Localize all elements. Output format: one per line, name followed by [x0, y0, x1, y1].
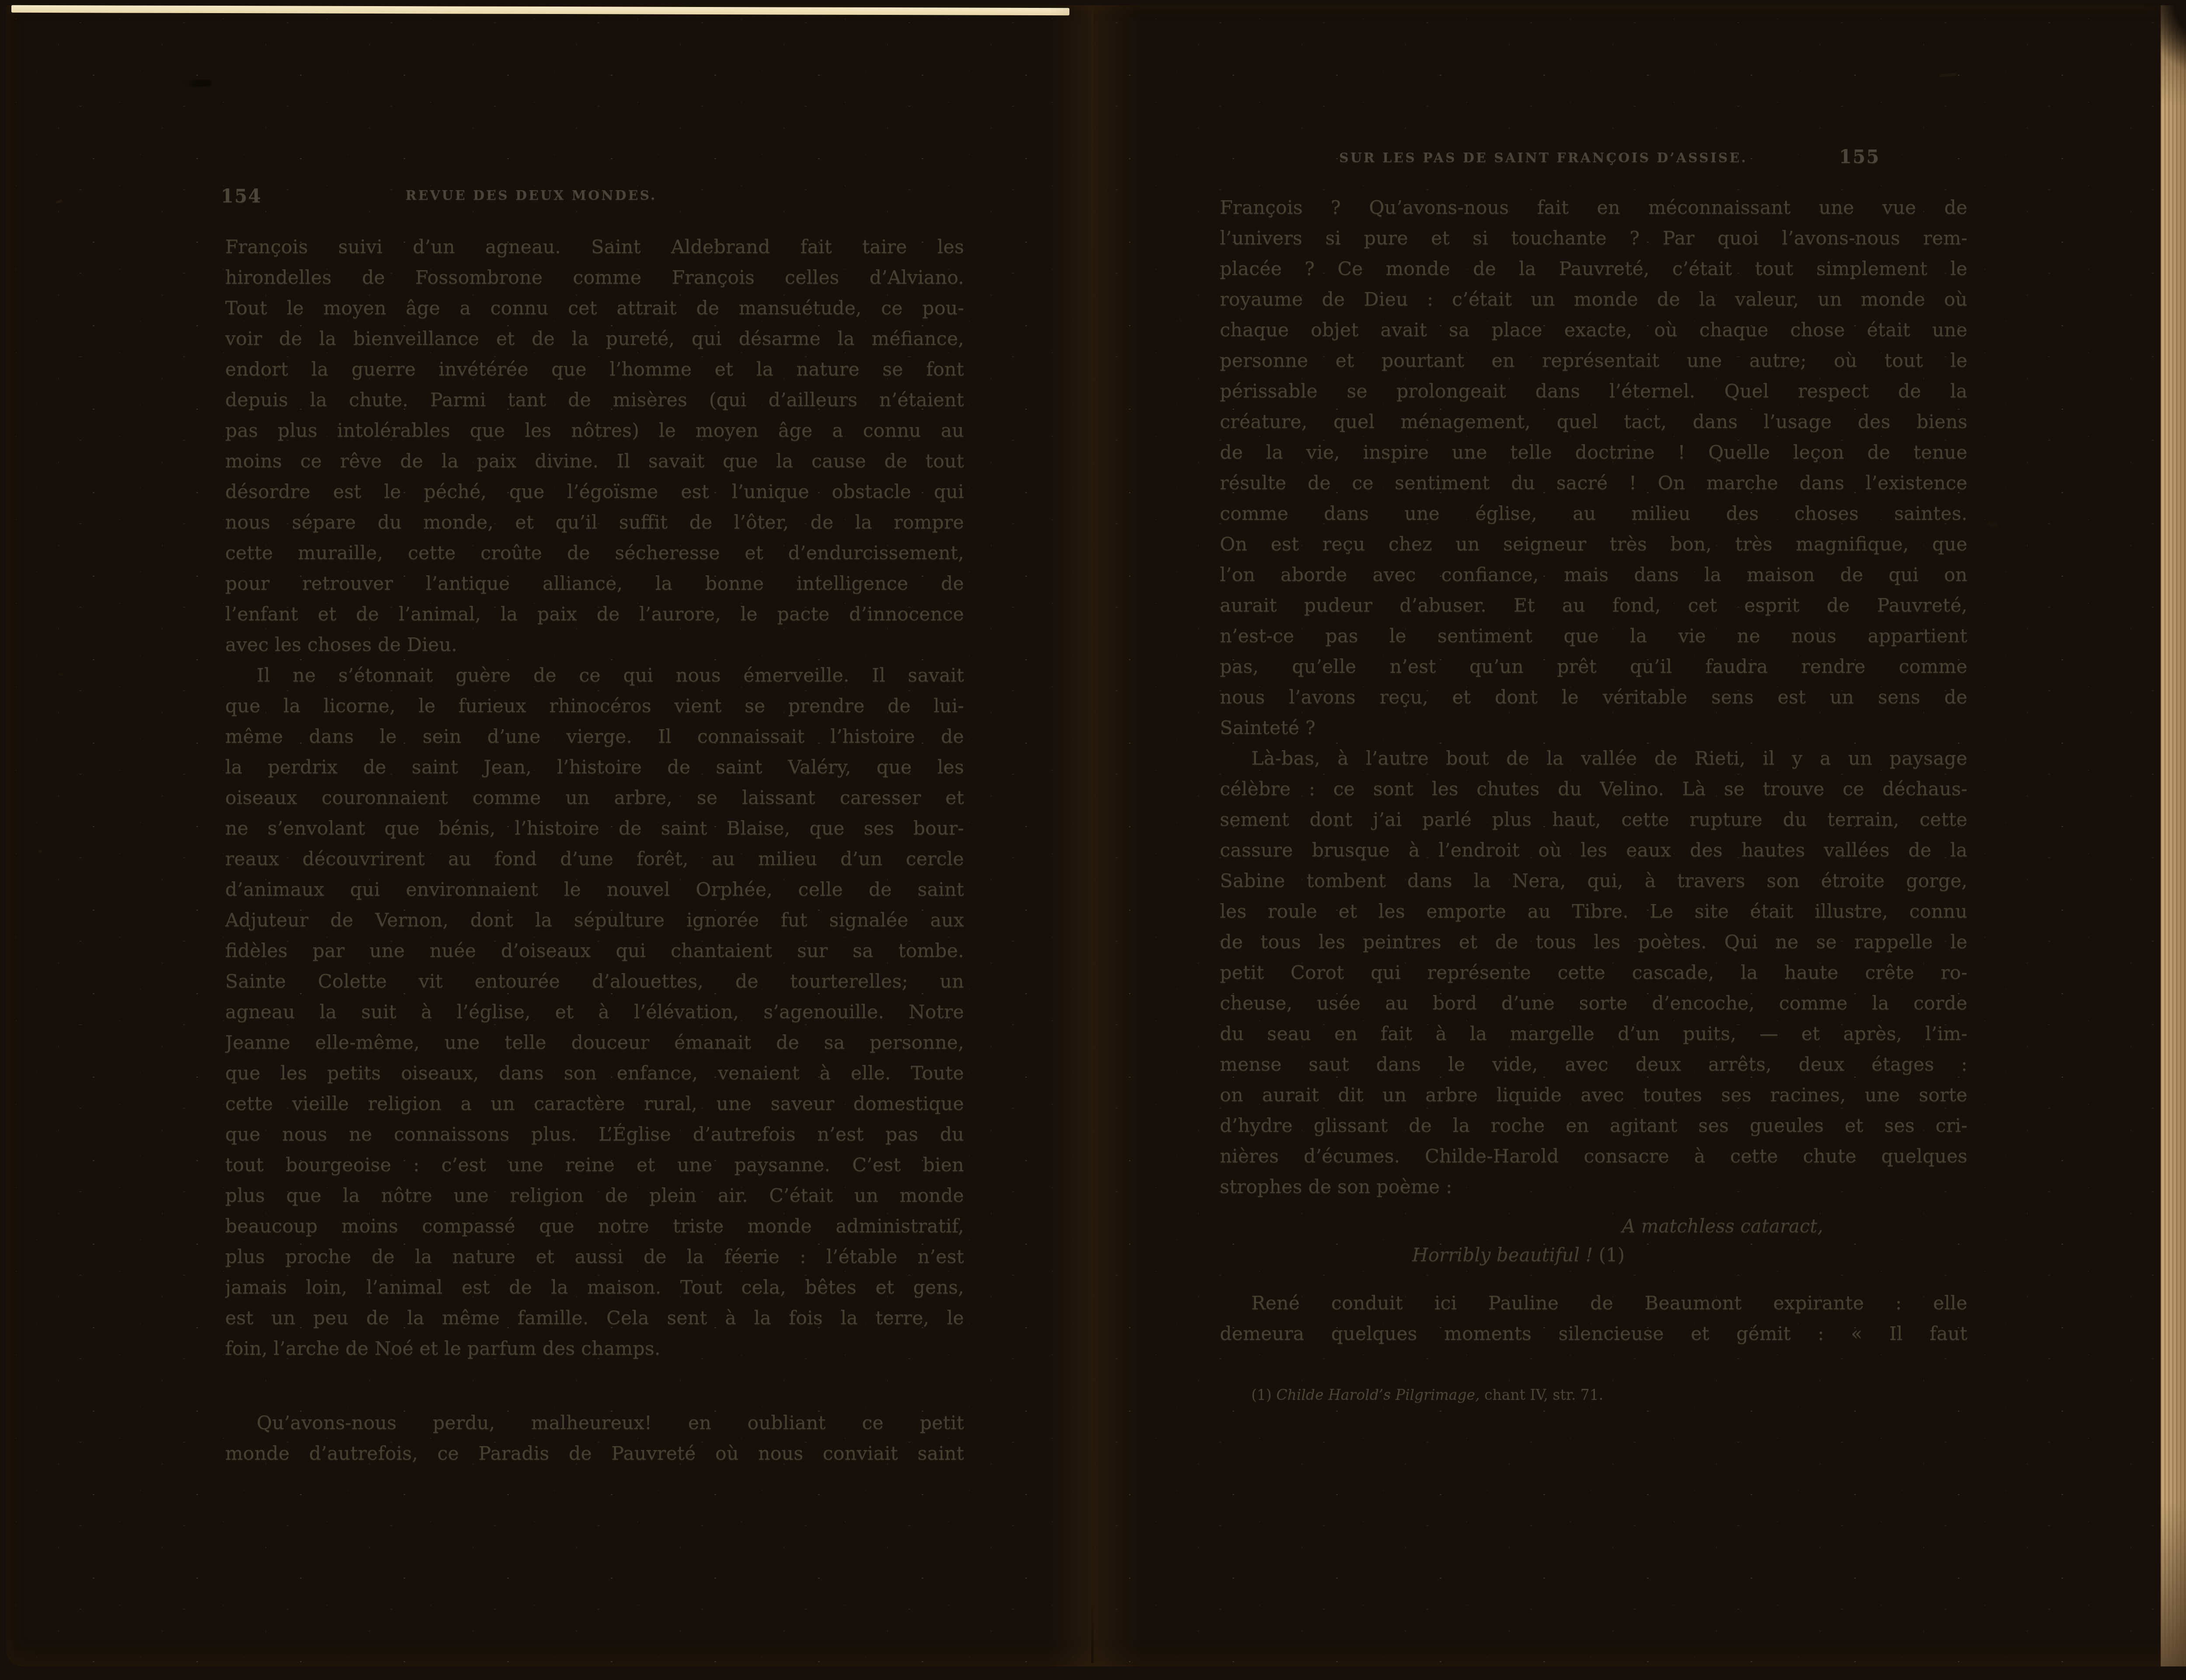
text-line: Sainteté ? — [1220, 713, 1967, 743]
text-line: cette vieille religion a un caractère ru… — [225, 1089, 964, 1119]
text-line: que nous ne connaissons plus. L’Église d… — [225, 1119, 964, 1150]
text-line: l’on aborde avec confiance, mais dans la… — [1220, 560, 1967, 590]
text-line: de la vie, inspire une telle doctrine ! … — [1220, 437, 1967, 468]
quote-line: Horribly beautiful ! (1) — [1220, 1241, 1967, 1270]
running-header-left: REVUE DES DEUX MONDES. — [225, 188, 837, 203]
paragraph: Qu’avons-nous perdu, malheureux! en oubl… — [225, 1408, 964, 1469]
text-line: créature, quel ménagement, quel tact, da… — [1220, 407, 1967, 437]
footnote-reference: chant IV, str. 71. — [1480, 1386, 1604, 1403]
text-line: aurait pudeur d’abuser. Et au fond, cet … — [1220, 590, 1967, 621]
text-line: depuis la chute. Parmi tant de misères (… — [225, 385, 964, 415]
text-line: comme dans une église, au milieu des cho… — [1220, 498, 1967, 529]
text-line: moins ce rêve de la paix divine. Il sava… — [225, 446, 964, 477]
text-line: l’enfant et de l’animal, la paix de l’au… — [225, 599, 964, 630]
text-line: Là-bas, à l’autre bout de la vallée de R… — [1220, 743, 1967, 774]
text-line: René conduit ici Pauline de Beaumont exp… — [1220, 1288, 1967, 1318]
text-line: Sabine tombent dans la Nera, qui, à trav… — [1220, 866, 1967, 896]
text-line: tout bourgeoise : c’est une reine et une… — [225, 1150, 964, 1180]
footnote-marker: (1) — [1593, 1244, 1625, 1266]
page-number-right: 155 — [1814, 146, 1880, 167]
text-line: nous l’avons reçu, et dont le véritable … — [1220, 682, 1967, 713]
text-line: placée ? Ce monde de la Pauvreté, c’étai… — [1220, 254, 1967, 284]
right-last-paragraph: René conduit ici Pauline de Beaumont exp… — [1220, 1288, 1967, 1349]
text-line: oiseaux couronnaient comme un arbre, se … — [225, 783, 964, 813]
text-line: jamais loin, l’animal est de la maison. … — [225, 1272, 964, 1303]
text-line: On est reçu chez un seigneur très bon, t… — [1220, 529, 1967, 560]
text-line: plus que la nôtre une religion de plein … — [225, 1180, 964, 1211]
right-text-block: François ? Qu’avons-nous fait en méconna… — [1220, 192, 1967, 1202]
paragraph: Il ne s’étonnait guère de ce qui nous ém… — [225, 660, 964, 1364]
paragraph: François suivi d’un agneau. Saint Aldebr… — [225, 232, 964, 660]
text-line: avec les choses de Dieu. — [225, 630, 964, 660]
text-line: demeura quelques moments silencieuse et … — [1220, 1318, 1967, 1349]
paragraph: Là-bas, à l’autre bout de la vallée de R… — [1220, 743, 1967, 1202]
text-line: que les petits oiseaux, dans son enfance… — [225, 1058, 964, 1089]
text-line: personne et pourtant en représentait une… — [1220, 345, 1967, 376]
text-line: désordre est le péché, que l’égoïsme est… — [225, 477, 964, 507]
text-line: même dans le sein d’une vierge. Il conna… — [225, 721, 964, 752]
text-line: royaume de Dieu : c’était un monde de la… — [1220, 284, 1967, 315]
text-line: pas, qu’elle n’est qu’un prêt qu’il faud… — [1220, 651, 1967, 682]
text-line: la perdrix de saint Jean, l’histoire de … — [225, 752, 964, 783]
text-line: mense saut dans le vide, avec deux arrêt… — [1220, 1049, 1967, 1080]
text-line: de tous les peintres et de tous les poèt… — [1220, 927, 1967, 957]
text-line: ne s’envolant que bénis, l’histoire de s… — [225, 813, 964, 844]
text-line: célèbre : ce sont les chutes du Velino. … — [1220, 774, 1967, 804]
text-line: Il ne s’étonnait guère de ce qui nous ém… — [225, 660, 964, 691]
text-line: hirondelles de Fossombrone comme Françoi… — [225, 262, 964, 293]
paper-speck — [38, 850, 42, 853]
text-line: chaque objet avait sa place exacte, où c… — [1220, 315, 1967, 345]
quote-text: Horribly beautiful ! — [1412, 1244, 1593, 1266]
text-line: endort la guerre invétérée que l’homme e… — [225, 354, 964, 385]
text-line: l’univers si pure et si touchante ? Par … — [1220, 223, 1967, 254]
text-line: périssable se prolongeait dans l’éternel… — [1220, 376, 1967, 407]
paragraph: François ? Qu’avons-nous fait en méconna… — [1220, 192, 1967, 743]
section-break — [225, 1364, 964, 1408]
text-line: nières d’écumes. Childe-Harold consacre … — [1220, 1141, 1967, 1172]
text-line: monde d’autrefois, ce Paradis de Pauvret… — [225, 1438, 964, 1469]
page-edges-right — [2161, 5, 2186, 1666]
quote-line: A matchless cataract, — [1220, 1212, 1967, 1241]
text-line: que la licorne, le furieux rhinocéros vi… — [225, 691, 964, 721]
text-line: pour retrouver l’antique alliance, la bo… — [225, 568, 964, 599]
text-line: Jeanne elle-même, une telle douceur éman… — [225, 1027, 964, 1058]
footnote-marker: (1) — [1251, 1386, 1276, 1403]
text-line: Tout le moyen âge a connu cet attrait de… — [225, 293, 964, 323]
text-line: du seau en fait à la margelle d’un puits… — [1220, 1019, 1967, 1049]
text-line: beaucoup moins compassé que notre triste… — [225, 1211, 964, 1242]
text-line: d’animaux qui environnaient le nouvel Or… — [225, 874, 964, 905]
footnote-title: Childe Harold’s Pilgrimage, — [1276, 1386, 1479, 1403]
text-line: les roule et les emporte au Tibre. Le si… — [1220, 896, 1967, 927]
text-line: foin, l’arche de Noé et le parfum des ch… — [225, 1333, 964, 1364]
poem-quote: A matchless cataract, Horribly beautiful… — [1220, 1212, 1967, 1270]
text-line: strophes de son poème : — [1220, 1172, 1967, 1202]
left-text-block: François suivi d’un agneau. Saint Aldebr… — [225, 232, 964, 1469]
text-line: agneau la suit à l’église, et à l’élévat… — [225, 997, 964, 1027]
text-line: Sainte Colette vit entourée d’alouettes,… — [225, 966, 964, 997]
text-line: François ? Qu’avons-nous fait en méconna… — [1220, 192, 1967, 223]
footnote: (1) Childe Harold’s Pilgrimage, chant IV… — [1251, 1385, 1968, 1405]
text-line: petit Corot qui représente cette cascade… — [1220, 957, 1967, 988]
text-line: Adjuteur de Vernon, dont la sépulture ig… — [225, 905, 964, 936]
text-line: on aurait dit un arbre liquide avec tout… — [1220, 1080, 1967, 1110]
paragraph: René conduit ici Pauline de Beaumont exp… — [1220, 1288, 1967, 1349]
text-line: cette muraille, cette croûte de sécheres… — [225, 538, 964, 568]
book-photo: 154 REVUE DES DEUX MONDES. François suiv… — [0, 0, 2186, 1680]
text-line: résulte de ce sentiment du sacré ! On ma… — [1220, 468, 1967, 498]
text-line: nous sépare du monde, et qu’il suffit de… — [225, 507, 964, 538]
text-line: fidèles par une nuée d’oiseaux qui chant… — [225, 936, 964, 966]
text-line: cheuse, usée au bord d’une sorte d’encoc… — [1220, 988, 1967, 1019]
text-line: cassure brusque à l’endroit où les eaux … — [1220, 835, 1967, 866]
text-line: sement dont j’ai parlé plus haut, cette … — [1220, 804, 1967, 835]
text-line: n’est-ce pas le sentiment que la vie ne … — [1220, 621, 1967, 651]
text-line: pas plus intolérables que les nôtres) le… — [225, 415, 964, 446]
text-line: reaux découvrirent au fond d’une forêt, … — [225, 844, 964, 874]
text-line: voir de la bienveillance et de la pureté… — [225, 323, 964, 354]
text-line: Qu’avons-nous perdu, malheureux! en oubl… — [225, 1408, 964, 1438]
text-line: plus proche de la nature et aussi de la … — [225, 1242, 964, 1272]
text-line: est un peu de la même famille. Cela sent… — [225, 1303, 964, 1333]
text-line: François suivi d’un agneau. Saint Aldebr… — [225, 232, 964, 262]
text-line: d’hydre glissant de la roche en agitant … — [1220, 1110, 1967, 1141]
